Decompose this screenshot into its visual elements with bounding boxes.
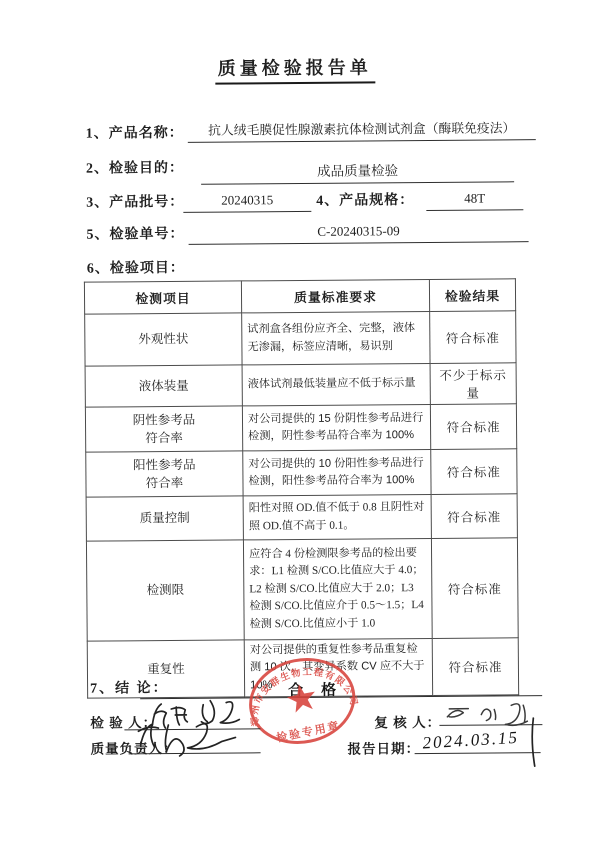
- batch-value: 20240315: [183, 189, 311, 213]
- table-row: 质量控制 阳性对照 OD.值不低于 0.8 且阴性对照 OD.值不高于 0.1。…: [86, 494, 517, 541]
- report-date-label: 报告日期：: [347, 737, 420, 758]
- item-cell: 检测限: [86, 540, 244, 641]
- result-cell: 符合标准: [431, 494, 517, 539]
- spec-label: 4、产品规格：: [316, 189, 414, 210]
- table-row: 液体装量 液体试剂最低装量应不低于标示量 不少于标示量: [85, 363, 516, 407]
- qa-signature: [134, 716, 258, 759]
- items-heading: 6、检验项目：: [87, 257, 185, 278]
- report-no-value: C-20240315-09: [188, 219, 528, 245]
- col-header-result: 检验结果: [429, 279, 515, 312]
- table-row: 阴性参考品 符合率 对公司提供的 15 份阴性参考品进行检测，阴性参考品符合率为…: [85, 404, 516, 452]
- requirement-cell: 试剂盒各组份应齐全、完整，液体无渗漏，标签应清晰，易识别: [242, 311, 430, 364]
- table-header-row: 检测项目 质量标准要求 检验结果: [84, 279, 515, 314]
- report-sheet: 质量检验报告单 1、产品名称： 抗人绒毛膜促性腺激素抗体检测试剂盒（酶联免疫法）…: [0, 0, 595, 842]
- result-cell: 符合标准: [430, 404, 516, 450]
- item-cell: 阴性参考品 符合率: [85, 406, 242, 452]
- seal-star-icon: [285, 681, 318, 713]
- table-row: 检测限 应符合 4 份检测限参考品的检出要求：L1 检测 S/CO.比值应大于 …: [86, 538, 518, 641]
- purpose-value: 成品质量检验: [201, 159, 514, 184]
- requirement-cell: 阳性对照 OD.值不低于 0.8 且阴性对照 OD.值不高于 0.1。: [243, 494, 431, 539]
- result-cell: 不少于标示量: [430, 363, 516, 405]
- page-title: 质量检验报告单: [215, 53, 375, 84]
- table-row: 阳性参考品 符合率 对公司提供的 10 份阳性参考品进行检测，阳性参考品符合率为…: [86, 449, 517, 497]
- purpose-label: 2、检验目的：: [86, 157, 184, 178]
- item-cell: 液体装量: [85, 365, 242, 407]
- requirement-cell: 对公司提供的 15 份阴性参考品进行检测，阴性参考品符合率为 100%: [242, 404, 430, 450]
- item-cell: 外观性状: [85, 313, 242, 366]
- result-cell: 符合标准: [430, 311, 516, 364]
- item-cell: 阳性参考品 符合率: [86, 451, 243, 497]
- product-name-value: 抗人绒毛膜促性腺激素抗体检测试剂盒（酶联免疫法）: [188, 117, 536, 143]
- table-row: 外观性状 试剂盒各组份应齐全、完整，液体无渗漏，标签应清晰，易识别 符合标准: [85, 311, 516, 366]
- requirement-cell: 应符合 4 份检测限参考品的检出要求：L1 检测 S/CO.比值应大于 4.0；…: [243, 538, 432, 639]
- result-cell: 符合标准: [431, 449, 517, 495]
- item-cell: 质量控制: [86, 496, 243, 541]
- result-cell: 符合标准: [431, 538, 518, 639]
- inspection-table: 检测项目 质量标准要求 检验结果 外观性状 试剂盒各组份应齐全、完整，液体无渗漏…: [84, 278, 519, 698]
- batch-label: 3、产品批号：: [86, 191, 184, 212]
- signature-flourish-stroke: [526, 716, 538, 768]
- product-name-label: 1、产品名称：: [86, 122, 184, 143]
- title-wrap: 质量检验报告单: [0, 52, 592, 87]
- requirement-cell: 对公司提供的 10 份阳性参考品进行检测，阳性参考品符合率为 100%: [243, 449, 431, 495]
- requirement-cell: 液体试剂最低装量应不低于标示量: [242, 363, 430, 405]
- col-header-requirement: 质量标准要求: [241, 279, 429, 312]
- col-header-item: 检测项目: [84, 281, 241, 314]
- report-no-label: 5、检验单号：: [86, 223, 184, 244]
- spec-value: 48T: [426, 187, 523, 211]
- reviewer-label: 复 核 人：: [374, 711, 441, 732]
